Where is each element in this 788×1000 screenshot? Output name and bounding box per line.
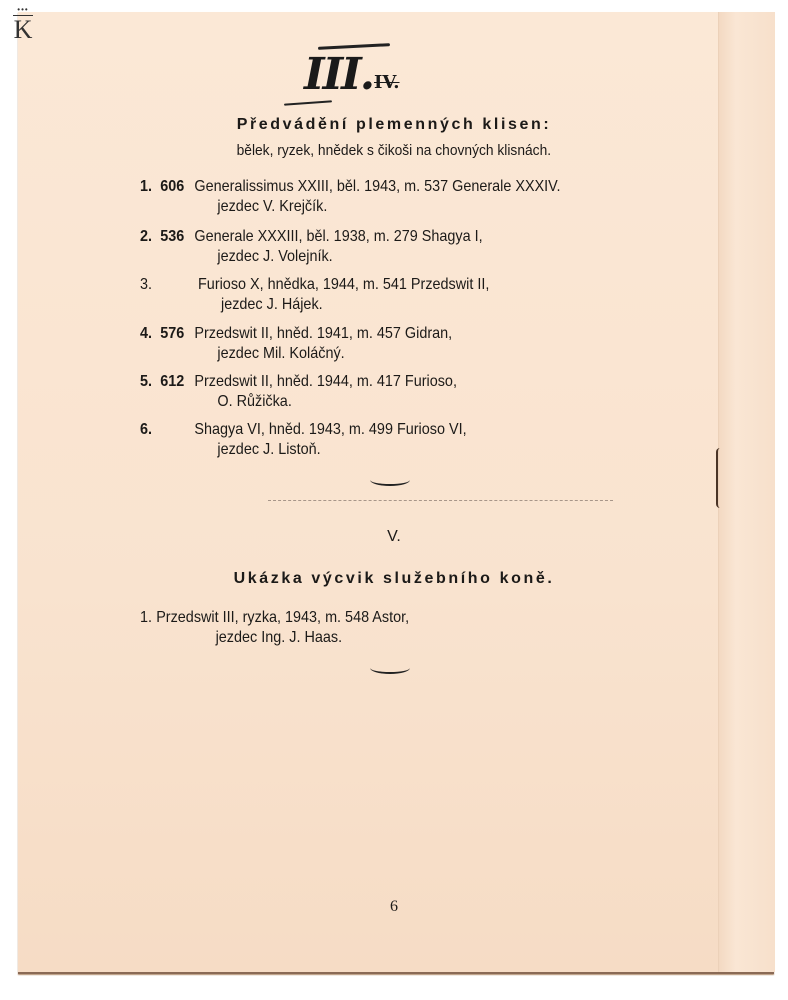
handwritten-roman: III. — [304, 50, 373, 100]
item-number: 1. — [140, 608, 156, 628]
item-rider: O. Růžička. — [140, 392, 457, 412]
item-code: 576 — [160, 324, 194, 344]
item-description: Furioso X, hnědka, 1944, m. 541 Przedswi… — [198, 276, 489, 293]
list-item: 3. Furioso X, hnědka, 1944, m. 541 Przed… — [140, 275, 528, 315]
list-item: 2. 536Generale XXXIII, běl. 1938, m. 279… — [140, 227, 521, 267]
item-number: 4. — [140, 324, 156, 344]
item-number: 2. — [140, 227, 156, 247]
swash-divider — [370, 474, 410, 486]
list-item: 1.Przedswit III, ryzka, 1943, m. 548 Ast… — [140, 608, 439, 648]
item-description: Shagya VI, hněd. 1943, m. 499 Furioso VI… — [194, 421, 466, 438]
item-rider: jezdec Ing. J. Haas. — [140, 628, 409, 648]
handwritten-underline — [284, 100, 332, 105]
item-number: 3. — [140, 275, 160, 295]
item-number: 1. — [140, 177, 156, 197]
item-description: Generalissimus XXIII, běl. 1943, m. 537 … — [194, 178, 560, 195]
item-number: 6. — [140, 420, 156, 440]
item-rider: jezdec J. Volejník. — [140, 247, 483, 267]
item-code: 606 — [160, 177, 194, 197]
logo-letter: K — [10, 16, 36, 44]
list-item: 5. 612Przedswit II, hněd. 1944, m. 417 F… — [140, 372, 492, 412]
item-code: 536 — [160, 227, 194, 247]
staple-mark — [716, 448, 726, 508]
section-1-subtitle: bělek, ryzek, hnědek s čikoši na chovnýc… — [31, 142, 756, 159]
list-item: 1. 606Generalissimus XXIII, běl. 1943, m… — [140, 177, 607, 217]
section-2-title: Ukázka výcvik služebního koně. — [0, 570, 788, 588]
list-item: 6. Shagya VI, hněd. 1943, m. 499 Furioso… — [140, 420, 503, 460]
faint-dotted-rule — [268, 500, 613, 501]
handwritten-section-number: III. IV. — [282, 38, 422, 108]
publisher-logo: ••• K — [10, 6, 36, 50]
section-2-number: V. — [0, 528, 788, 546]
struck-roman: IV. — [374, 72, 400, 93]
item-description: Generale XXXIII, běl. 1938, m. 279 Shagy… — [194, 228, 482, 245]
item-rider: jezdec Mil. Koláčný. — [140, 344, 452, 364]
item-rider: jezdec V. Krejčík. — [140, 197, 560, 217]
item-code: 612 — [160, 372, 194, 392]
item-description: Przedswit II, hněd. 1941, m. 457 Gidran, — [194, 325, 452, 342]
item-number: 5. — [140, 372, 156, 392]
section-1-title: Předvádění plemenných klisen: — [0, 116, 788, 134]
item-rider: jezdec J. Hájek. — [140, 295, 489, 315]
item-description: Przedswit II, hněd. 1944, m. 417 Furioso… — [194, 373, 457, 390]
crown-icon: ••• — [10, 6, 36, 14]
page-number: 6 — [0, 898, 788, 916]
item-rider: jezdec J. Listoň. — [140, 440, 467, 460]
item-description: Przedswit III, ryzka, 1943, m. 548 Astor… — [156, 609, 409, 626]
swash-divider — [370, 662, 410, 674]
list-item: 4. 576Przedswit II, hněd. 1941, m. 457 G… — [140, 324, 487, 364]
